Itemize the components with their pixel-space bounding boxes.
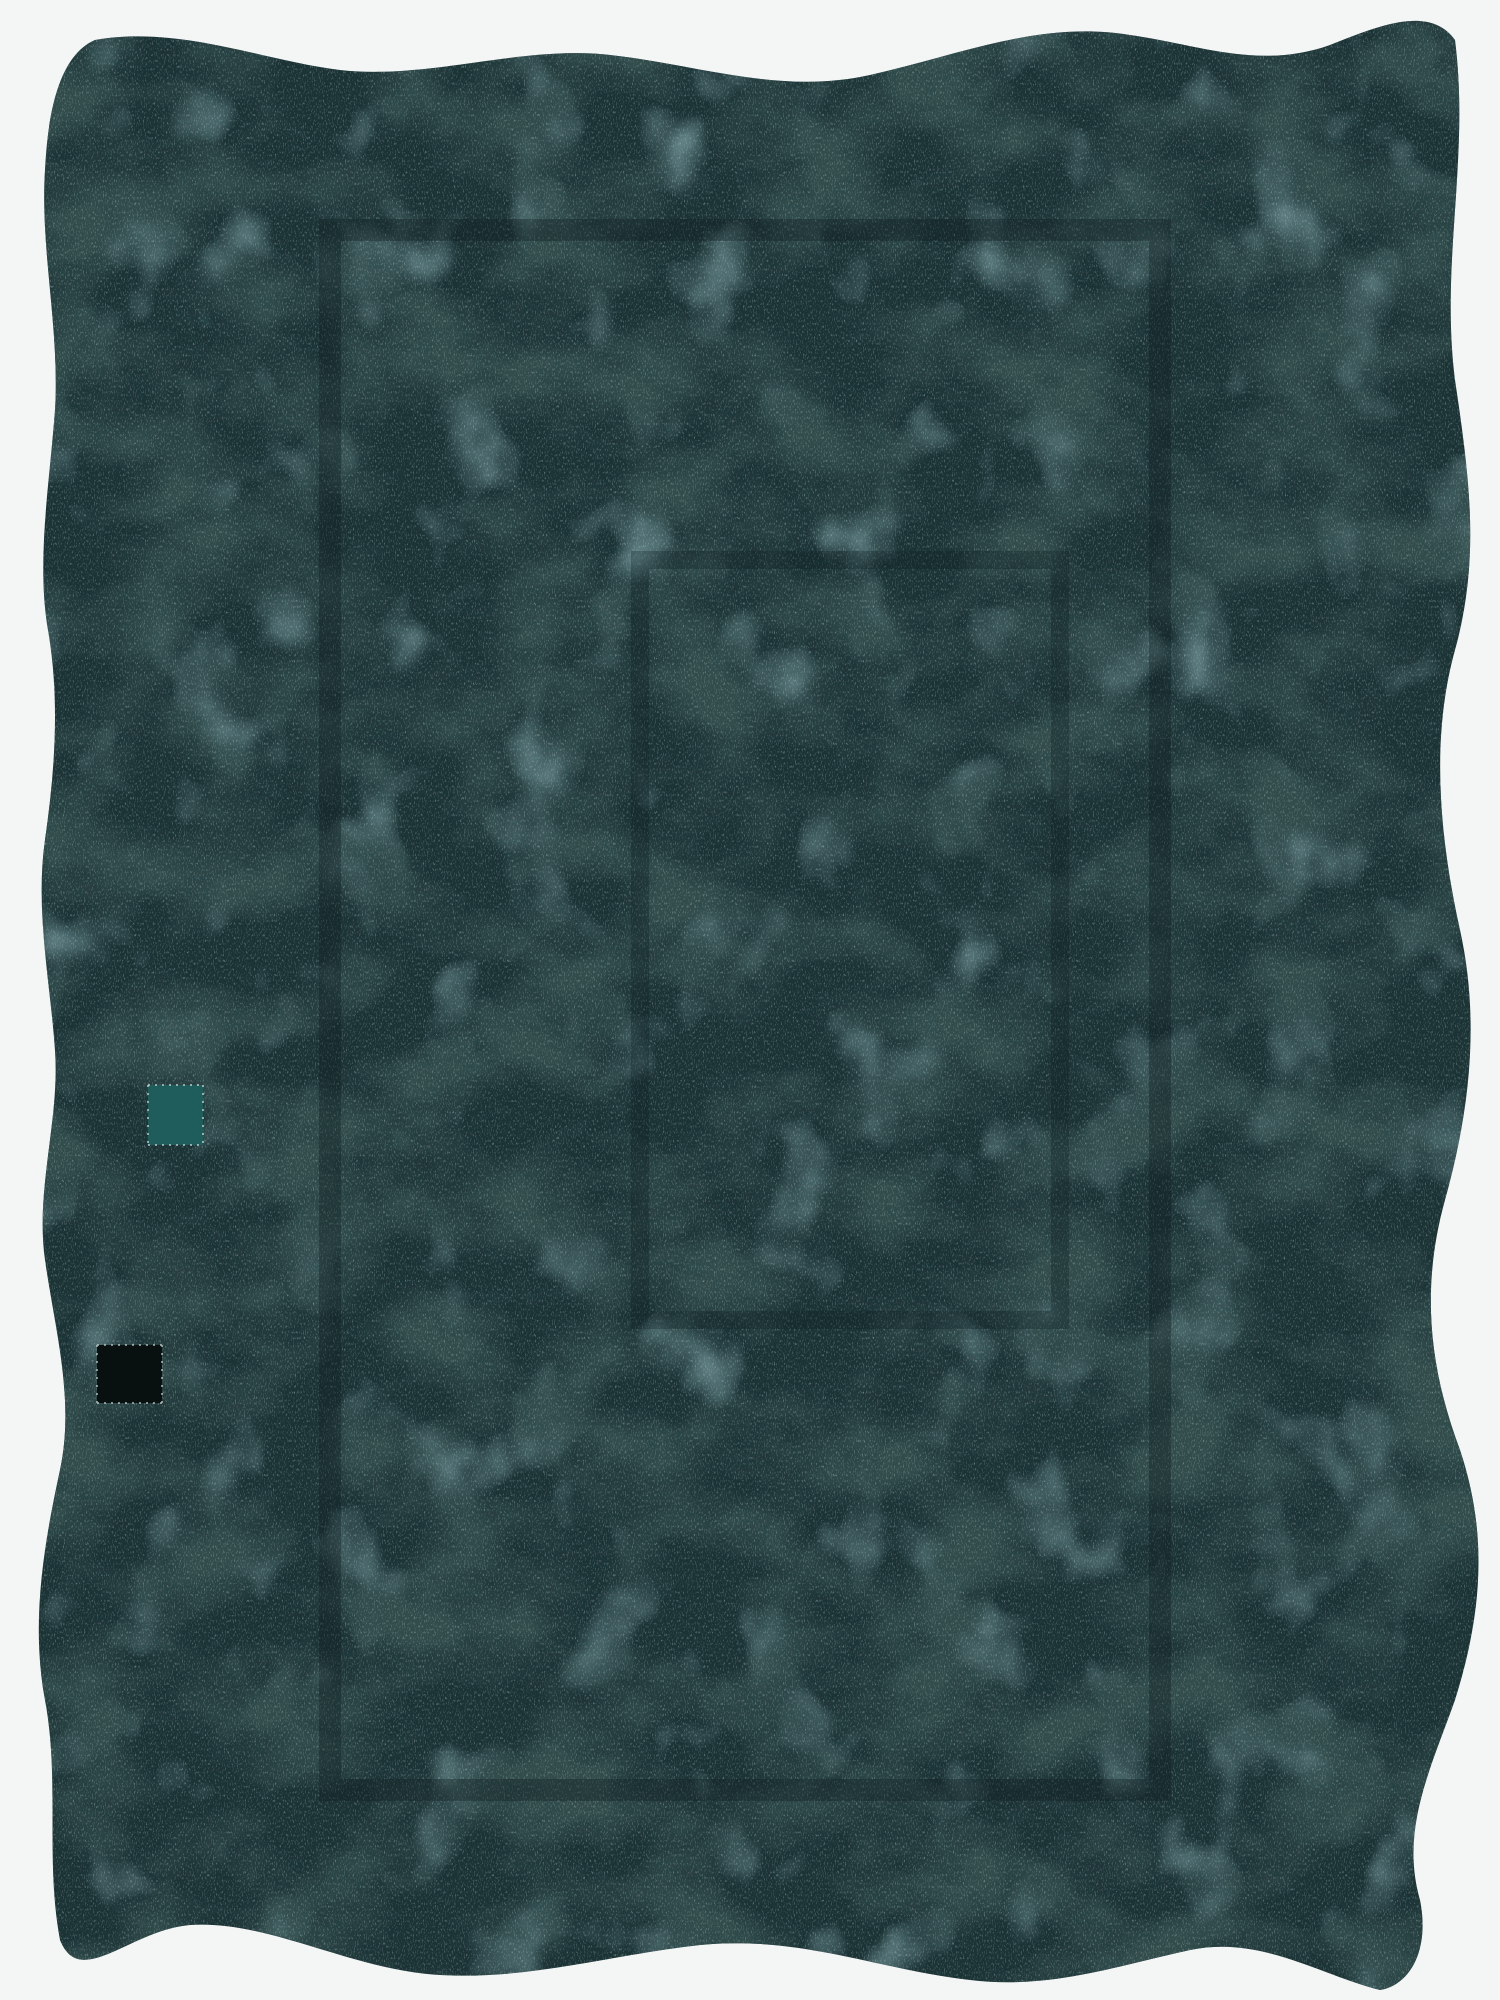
teal-patch xyxy=(148,1085,203,1145)
rug-surface xyxy=(0,0,1500,2000)
rug-image xyxy=(0,0,1500,2000)
dark-patch xyxy=(97,1345,162,1403)
rug-graphic xyxy=(0,0,1500,2000)
